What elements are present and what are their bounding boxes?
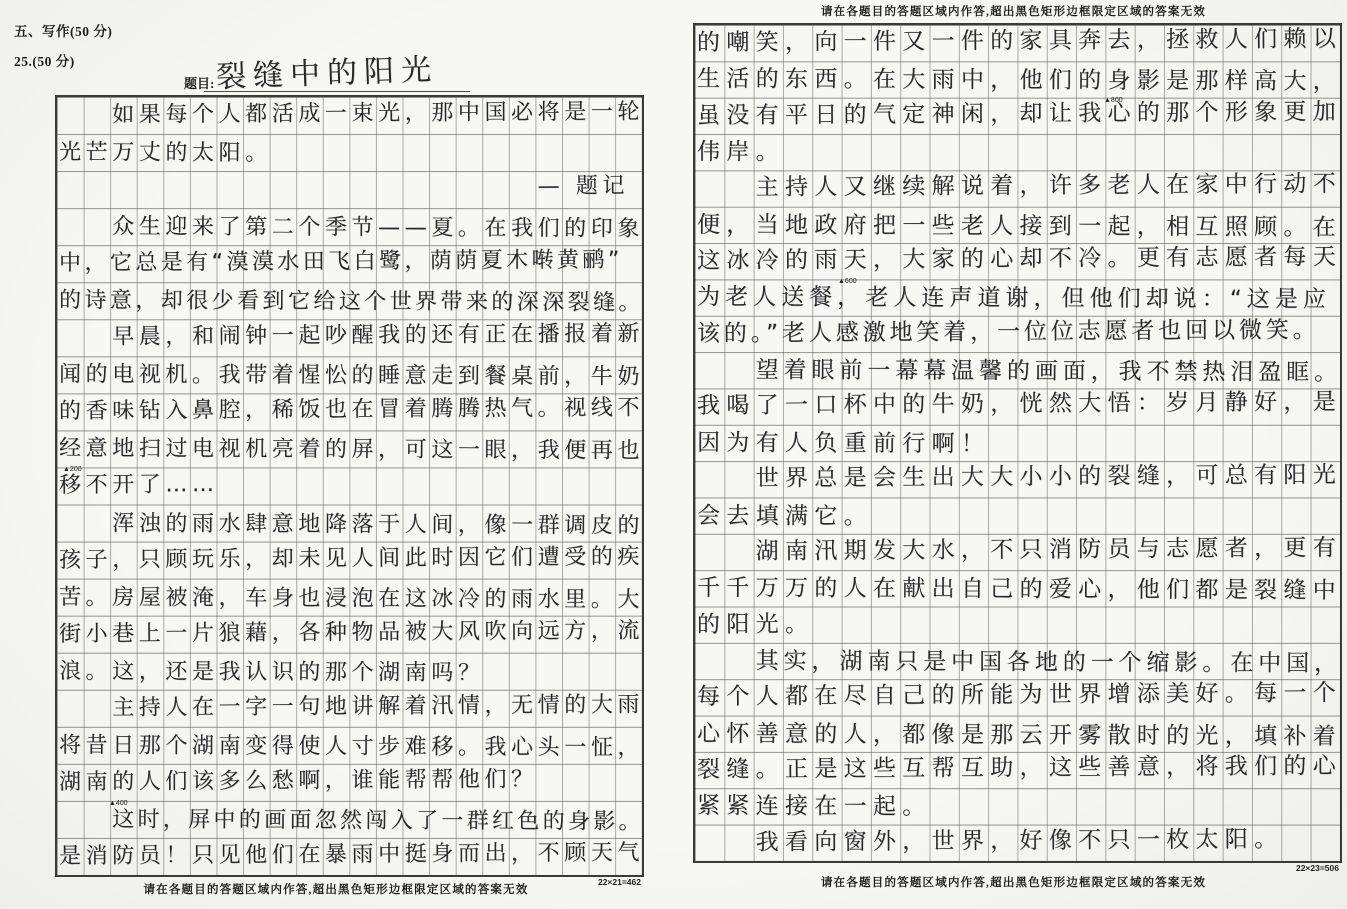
essay-row: 湖南汛期发大水，不只消防员与志愿者，更有	[695, 530, 1347, 571]
essay-row: 这冰冷的雨天，大家的心却不冷。更有志愿者每天	[695, 239, 1342, 279]
essay-row: 湖南的人们该多么愁啊，谁能帮帮他们？	[57, 760, 644, 801]
essay-row: 是消防员！只见他们在暴雨中挺身而出，不顾天气	[57, 834, 644, 875]
answer-area-notice: 请在各题目的答题区域内作答,超出黑色矩形边框限定区域的答案无效	[680, 3, 1347, 19]
word-count-marker: ▲600	[838, 278, 857, 285]
answer-area-notice: 请在各题目的答题区域内作答,超出黑色矩形边框限定区域的答案无效	[680, 874, 1347, 890]
essay-row: 移不开了……	[57, 464, 644, 505]
essay-row: 我喝了一口杯中的牛奶，恍然大悟：岁月静好，是	[695, 385, 1342, 425]
answer-area-notice: 请在各题目的答题区域内作答,超出黑色矩形边框限定区域的答案无效	[0, 881, 672, 897]
essay-row: 主持人在一字一句地讲解着汛情，无情的大雨	[57, 686, 697, 727]
essay-row: 早晨，和闹钟一起吵醒我的还有正在播报着新	[57, 315, 697, 356]
essay-row: 孩子，只顾玩乐，却未见人间此时因它们遭受的疾	[57, 538, 644, 579]
essay-row: 如果每个人都活成一束光，那中国必将是一轮	[57, 93, 697, 134]
essay-row: 的嘲笑，向一件又一件的家具奔去，拯救人们赖以	[695, 21, 1342, 61]
word-count-marker: ▲200	[63, 466, 82, 473]
grid-capacity-note: 22×23=506	[1296, 863, 1339, 873]
essay-title-handwritten: 裂缝中的阳光	[215, 44, 438, 96]
essay-row: 中，它总是有“漠漠水田飞白鹭，荫荫夏木啭黄鹂”	[57, 242, 644, 283]
essay-row: 该的。”老人感激地笑着，一位位志愿者也回以微笑。	[695, 312, 1342, 352]
essay-row: 裂缝。正是这些互帮互助，这些善意，将我们的心	[695, 748, 1342, 788]
section-label: 五、写作(50 分)	[14, 20, 112, 40]
essay-row: 虽没有平日的气定神闲，却让我心的那个形象更加	[695, 94, 1342, 134]
answer-grid-left: 如果每个人都活成一束光，那中国必将是一轮光芒万丈的太阳。— 题记众生迎来了第二个…	[55, 95, 644, 877]
answer-grid-right: 的嘲笑，向一件又一件的家具奔去，拯救人们赖以生活的东西。在大雨中，他们的身影是那…	[693, 23, 1342, 863]
handwriting-layer: 如果每个人都活成一束光，那中国必将是一轮光芒万丈的太阳。— 题记众生迎来了第二个…	[57, 97, 642, 875]
word-count-marker: ▲400	[109, 800, 128, 807]
essay-row: 的香味钻入鼻腔，稀饭也在冒着腾腾热气。视线不	[57, 390, 644, 431]
word-count-marker: ▲800	[1104, 97, 1123, 104]
essay-row: 的阳光。	[695, 603, 1342, 643]
answer-sheet-scan: 五、写作(50 分) 25.(50 分) 题目: 裂缝中的阳光 如果每个人都活成…	[0, 0, 1347, 909]
essay-row: 我看向窗外，世界，好像不只一枚太阳。	[695, 820, 1347, 861]
essay-row: 主持人又继续解说着，许多老人在家中行动不	[695, 166, 1347, 207]
essay-row: 街小巷上一片狼藉，各种物品被大风吹向远方，流	[57, 612, 644, 653]
handwriting-layer: 的嘲笑，向一件又一件的家具奔去，拯救人们赖以生活的东西。在大雨中，他们的身影是那…	[695, 25, 1340, 861]
question-number-label: 25.(50 分)	[14, 50, 75, 70]
essay-row: 每个人都在尽自己的所能为世界增添美好。每一个	[695, 675, 1342, 715]
essay-row: 世界总是会生出大大小小的裂缝，可总有阳光	[695, 457, 1347, 498]
